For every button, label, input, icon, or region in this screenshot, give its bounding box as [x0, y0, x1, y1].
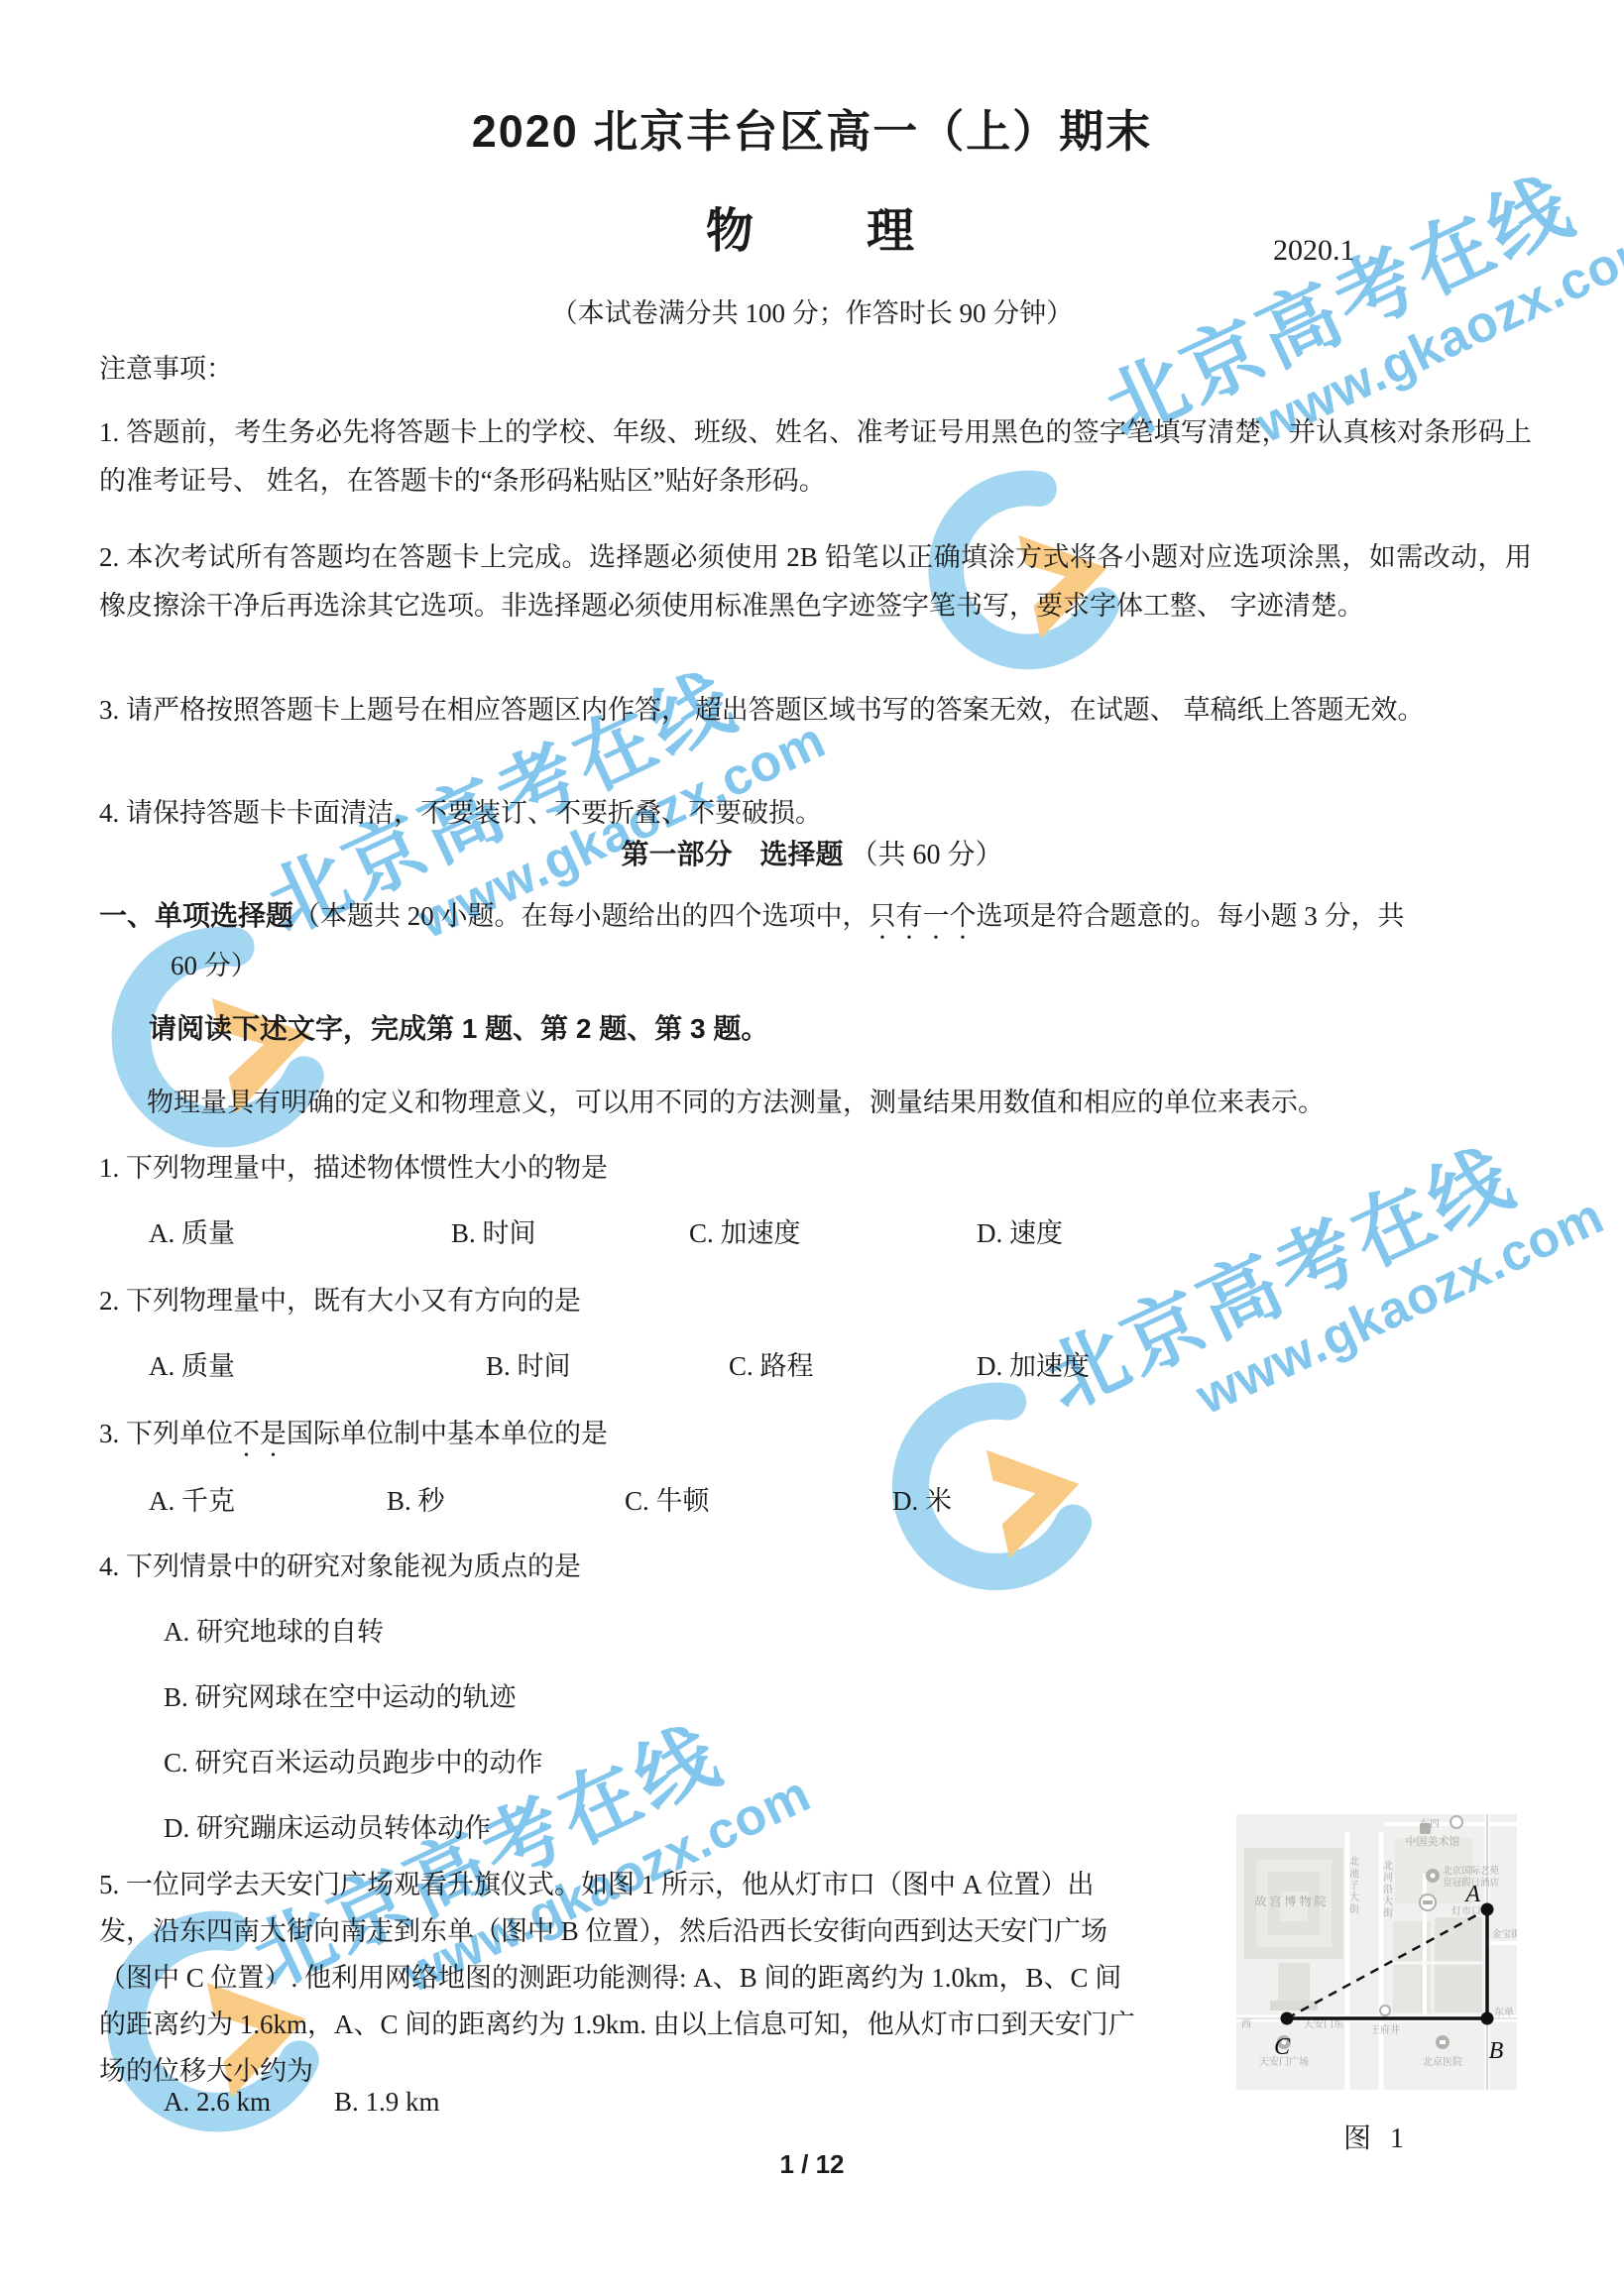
map-label: 王府井	[1370, 2023, 1400, 2036]
question-2-stem: 2. 下列物理量中，既有大小又有方向的是	[99, 1279, 581, 1318]
question-2-options: A. 质量 B. 时间 C. 路程 D. 加速度	[149, 1346, 1090, 1386]
option-d: D. 速度	[977, 1213, 1063, 1253]
question-5-options: A. 2.6 km B. 1.9 km	[164, 2082, 440, 2122]
notice-heading: 注意事项：	[99, 347, 233, 386]
exam-date: 2020.1	[1273, 234, 1355, 268]
map-label: 北京国际艺苑	[1443, 1865, 1500, 1877]
option-a: A. 千克	[149, 1481, 387, 1521]
subject-char-right: 理	[867, 205, 918, 258]
map-label: 北京医院	[1423, 2055, 1462, 2068]
figure-caption: 图 1	[1236, 2117, 1517, 2156]
option-b: B. 时间	[486, 1346, 729, 1386]
q5-line: （图中 C 位置）. 他利用网络地图的测距功能测得: A、B 间的距离约为 1.…	[99, 1955, 1239, 2002]
question-5-stem: 5. 一位同学去天安门广场观看升旗仪式。如图 1 所示，他从灯市口（图中 A 位…	[99, 1862, 1239, 2095]
option-b: B. 1.9 km	[334, 2082, 440, 2122]
q4-option-d: D. 研究蹦床运动员转体动作	[164, 1806, 491, 1845]
option-b: B. 时间	[451, 1213, 689, 1253]
map-label: 中国美术馆	[1406, 1834, 1460, 1848]
instruction-text-tail: 选项是符合题意的。每小题 3 分，共	[977, 901, 1405, 931]
option-b: B. 秒	[387, 1481, 625, 1521]
question-1-options: A. 质量 B. 时间 C. 加速度 D. 速度	[149, 1213, 1063, 1253]
q3-stem-post: 国际单位制中基本单位的是	[287, 1419, 608, 1448]
page-title: 2020 北京丰台区高一（上）期末	[0, 95, 1624, 160]
section-instruction: 一、单项选择题（本题共 20 小题。在每小题给出的四个选项中，只有一个选项是符合…	[99, 894, 1405, 946]
map-image: 东四 中国美术馆 北京国际艺苑 皇冠假日酒店 故宫博物院 北池子大街 北河沿大街…	[1236, 1814, 1517, 2090]
map-label: 东四	[1420, 1817, 1440, 1830]
option-a: A. 2.6 km	[164, 2082, 334, 2122]
option-c: C. 牛顿	[625, 1481, 892, 1521]
reading-note: 请阅读下述文字，完成第 1 题、第 2 题、第 3 题。	[149, 1007, 768, 1047]
question-3-options: A. 千克 B. 秒 C. 牛顿 D. 米	[149, 1481, 952, 1521]
q3-stem-pre: 3. 下列单位	[99, 1419, 233, 1448]
point-a-label: A	[1463, 1882, 1480, 1907]
notice-item-2: 2. 本次考试所有答题均在答题卡上完成。选择题必须使用 2B 铅笔以正确填涂方式…	[99, 533, 1532, 631]
option-a: A. 质量	[149, 1346, 486, 1386]
question-1-stem: 1. 下列物理量中，描述物体惯性大小的物是	[99, 1146, 608, 1185]
q5-line: 发，沿东四南大街向南走到东单（图中 B 位置），然后沿西长安街向西到达天安门广场	[99, 1908, 1239, 1955]
instruction-text: （本题共 20 小题。在每小题给出的四个选项中，	[293, 901, 870, 931]
q5-line: 的距离约为 1.6km，A、C 间的距离约为 1.9km. 由以上信息可知，他从…	[99, 2002, 1239, 2048]
map-label: 西	[1241, 2018, 1251, 2030]
subject-char-left: 物	[706, 205, 757, 258]
part-one-score: （共 60 分）	[851, 840, 1003, 870]
map-label: 北池子大街	[1347, 1856, 1359, 1915]
part-one-title: 第一部分 选择题	[621, 839, 843, 869]
map-label: 金宝街	[1492, 1928, 1517, 1940]
reading-intro: 物理量具有明确的定义和物理意义，可以用不同的方法测量，测量结果用数值和相应的单位…	[147, 1081, 1325, 1119]
q3-stem-emphasis: 不是	[233, 1419, 287, 1448]
part-one-heading: 第一部分 选择题 （共 60 分）	[0, 833, 1624, 872]
question-4-stem: 4. 下列情景中的研究对象能视为质点的是	[99, 1545, 581, 1583]
instruction-heading: 一、单项选择题	[99, 900, 293, 931]
q4-option-a: A. 研究地球的自转	[164, 1610, 384, 1649]
question-3-stem: 3. 下列单位不是国际单位制中基本单位的是	[99, 1412, 608, 1463]
instruction-continuation: 60 分）	[171, 944, 258, 982]
point-a-dot	[1481, 1903, 1494, 1916]
option-d: D. 米	[892, 1481, 952, 1521]
option-a: A. 质量	[149, 1213, 451, 1253]
metro-icon	[1380, 2006, 1390, 2015]
q4-option-c: C. 研究百米运动员跑步中的动作	[164, 1741, 543, 1779]
option-c: C. 加速度	[689, 1213, 977, 1253]
q5-line: 5. 一位同学去天安门广场观看升旗仪式。如图 1 所示，他从灯市口（图中 A 位…	[99, 1862, 1239, 1908]
metro-icon	[1450, 1816, 1462, 1828]
notice-item-1: 1. 答题前，考生务必先将答题卡上的学校、年级、班级、姓名、准考证号用黑色的签字…	[99, 408, 1532, 506]
figure-1: 东四 中国美术馆 北京国际艺苑 皇冠假日酒店 故宫博物院 北池子大街 北河沿大街…	[1236, 1814, 1517, 2156]
option-c: C. 路程	[729, 1346, 977, 1386]
notice-item-4: 4. 请保持答题卡卡面清洁，不要装订、不要折叠、不要破损。	[99, 789, 1532, 838]
notice-item-3: 3. 请严格按照答题卡上题号在相应答题区内作答， 超出答题区域书写的答案无效，在…	[99, 686, 1532, 735]
point-c-label: C	[1274, 2034, 1291, 2060]
option-d: D. 加速度	[977, 1346, 1090, 1386]
instruction-emphasis: 只有一个	[870, 901, 977, 931]
q4-option-b: B. 研究网球在空中运动的轨迹	[164, 1675, 517, 1714]
point-c-dot	[1281, 2012, 1294, 2025]
map-label: 东单	[1494, 2006, 1514, 2018]
point-b-dot	[1481, 2012, 1494, 2025]
subject-title: 物理	[0, 192, 1624, 261]
point-b-label: B	[1489, 2038, 1504, 2064]
map-label: 故宫博物院	[1254, 1894, 1329, 1908]
map-label: 北河沿大街	[1381, 1860, 1393, 1919]
exam-paper-page: 北京高考在线 www.gkaozx.com 北京高考在线 www.gkaozx.…	[0, 0, 1624, 2296]
exam-info: （本试卷满分共 100 分；作答时长 90 分钟）	[0, 291, 1624, 330]
